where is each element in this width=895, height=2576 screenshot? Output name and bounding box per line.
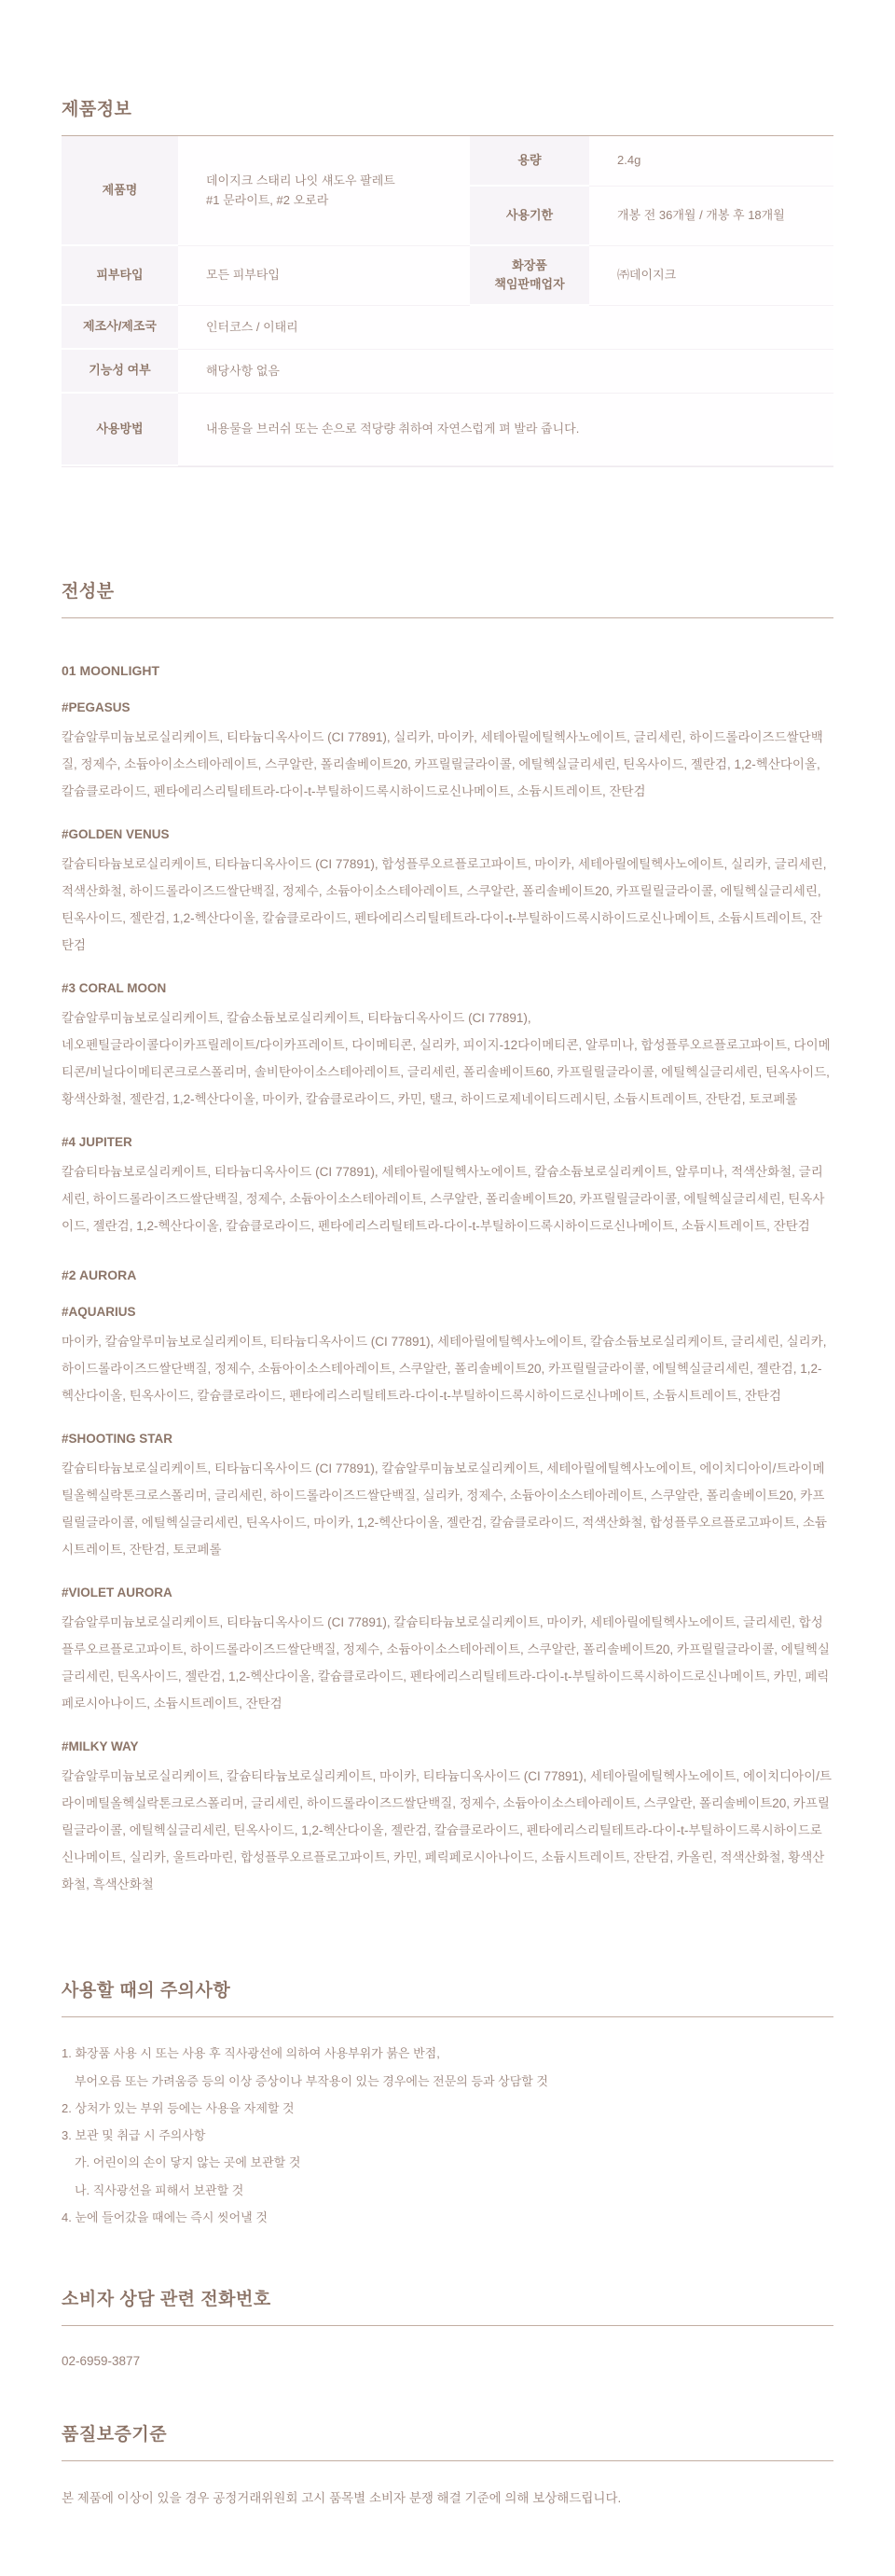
precaution-item: 가. 어린이의 손이 닿지 않는 곳에 보관할 것 [62, 2149, 833, 2176]
product-detail-page: 제품정보 제품명 데이지크 스태리 나잇 섀도우 팔레트 #1 문라이트, #2… [0, 0, 895, 2576]
manufacturer-label: 제조사/제조국 [62, 306, 178, 350]
ingredients-body: 01 MOONLIGHT #PEGASUS 칼슘알루미늄보로실리케이트, 티타늄… [62, 618, 833, 1898]
precautions-section: 사용할 때의 주의사항 1. 화장품 사용 시 또는 사용 후 직사광선에 의하… [62, 1976, 833, 2231]
ingredient-list-milky-way: 칼슘알루미늄보로실리케이트, 칼슘티타늄보로실리케이트, 마이카, 티타늄디옥사… [62, 1763, 833, 1898]
ingredient-list-pegasus: 칼슘알루미늄보로실리케이트, 티타늄디옥사이드 (CI 77891), 실리카,… [62, 724, 833, 805]
product-info-section: 제품정보 제품명 데이지크 스태리 나잇 섀도우 팔레트 #1 문라이트, #2… [62, 95, 833, 467]
skin-type-label: 피부타입 [62, 246, 178, 306]
section-divider [62, 2325, 833, 2326]
ingredient-shade-title-coral-moon: #3 CORAL MOON [62, 981, 833, 995]
ingredient-list-aquarius: 마이카, 칼슘알루미늄보로실리케이트, 티타늄디옥사이드 (CI 77891),… [62, 1328, 833, 1409]
ingredient-list-shooting-star: 칼슘티타늄보로실리케이트, 티타늄디옥사이드 (CI 77891), 칼슘알루미… [62, 1455, 833, 1563]
seller-value: ㈜데이지크 [589, 246, 833, 306]
precaution-item: 3. 보관 및 취급 시 주의사항 [62, 2122, 833, 2149]
seller-label: 화장품 책임판매업자 [470, 246, 589, 306]
precaution-item: 2. 상처가 있는 부위 등에는 사용을 자제할 것 [62, 2095, 833, 2122]
product-name-label: 제품명 [62, 136, 178, 246]
precaution-item: 4. 눈에 들어갔을 때에는 즉시 씻어낼 것 [62, 2204, 833, 2231]
precaution-item: 1. 화장품 사용 시 또는 사용 후 직사광선에 의하여 사용부위가 붉은 반… [62, 2040, 833, 2067]
ingredient-list-golden-venus: 칼슘티타늄보로실리케이트, 티타늄디옥사이드 (CI 77891), 합성플루오… [62, 851, 833, 959]
how-to-use-label: 사용방법 [62, 394, 178, 466]
consumer-phone-number: 02-6959-3877 [62, 2354, 833, 2368]
ingredient-shade-title-jupiter: #4 JUPITER [62, 1135, 833, 1149]
ingredient-list-violet-aurora: 칼슘알루미늄보로실리케이트, 티타늄디옥사이드 (CI 77891), 칼슘티타… [62, 1609, 833, 1717]
ingredient-shade-title-pegasus: #PEGASUS [62, 700, 833, 714]
shelf-life-value: 개봉 전 36개월 / 개봉 후 18개월 [589, 187, 833, 246]
precaution-list: 1. 화장품 사용 시 또는 사용 후 직사광선에 의하여 사용부위가 붉은 반… [62, 2017, 833, 2231]
ingredient-group-title-aurora: #2 AURORA [62, 1267, 833, 1282]
ingredient-shade-title-shooting-star: #SHOOTING STAR [62, 1432, 833, 1446]
ingredients-heading: 전성분 [62, 577, 833, 602]
ingredient-shade-title-golden-venus: #GOLDEN VENUS [62, 827, 833, 841]
product-info-table: 제품명 데이지크 스태리 나잇 섀도우 팔레트 #1 문라이트, #2 오로라 … [62, 136, 833, 467]
section-divider [62, 2460, 833, 2461]
quality-section: 품질보증기준 본 제품에 이상이 있을 경우 공정거래위원회 고시 품목별 소비… [62, 2420, 833, 2510]
functional-value: 해당사항 없음 [178, 350, 833, 394]
ingredients-section: 전성분 01 MOONLIGHT #PEGASUS 칼슘알루미늄보로실리케이트,… [62, 577, 833, 1898]
consumer-phone-heading: 소비자 상담 관련 전화번호 [62, 2285, 833, 2310]
product-info-heading: 제품정보 [62, 95, 833, 120]
manufacturer-value: 인터코스 / 이태리 [178, 306, 833, 350]
ingredient-shade-title-violet-aurora: #VIOLET AURORA [62, 1586, 833, 1600]
precautions-heading: 사용할 때의 주의사항 [62, 1976, 833, 2001]
precaution-item: 나. 직사광선을 피해서 보관할 것 [62, 2177, 833, 2204]
ingredient-list-coral-moon: 칼슘알루미늄보로실리케이트, 칼슘소듐보로실리케이트, 티타늄디옥사이드 (CI… [62, 1004, 833, 1113]
product-name-value: 데이지크 스태리 나잇 섀도우 팔레트 #1 문라이트, #2 오로라 [178, 136, 470, 246]
ingredient-shade-title-milky-way: #MILKY WAY [62, 1739, 833, 1753]
shelf-life-label: 사용기한 [470, 187, 589, 246]
consumer-phone-section: 소비자 상담 관련 전화번호 02-6959-3877 [62, 2285, 833, 2368]
quality-text: 본 제품에 이상이 있을 경우 공정거래위원회 고시 품목별 소비자 분쟁 해결… [62, 2487, 833, 2510]
ingredient-group-title-moonlight: 01 MOONLIGHT [62, 663, 833, 678]
ingredient-list-jupiter: 칼슘티타늄보로실리케이트, 티타늄디옥사이드 (CI 77891), 세테아릴에… [62, 1158, 833, 1240]
functional-label: 기능성 여부 [62, 350, 178, 394]
skin-type-value: 모든 피부타입 [178, 246, 470, 306]
how-to-use-value: 내용물을 브러쉬 또는 손으로 적당량 취하여 자연스럽게 펴 발라 줍니다. [178, 394, 833, 466]
quality-heading: 품질보증기준 [62, 2420, 833, 2445]
capacity-value: 2.4g [589, 136, 833, 187]
precaution-item: 부어오름 또는 가려움증 등의 이상 증상이나 부작용이 있는 경우에는 전문의… [62, 2068, 833, 2095]
capacity-label: 용량 [470, 136, 589, 187]
ingredient-shade-title-aquarius: #AQUARIUS [62, 1305, 833, 1319]
